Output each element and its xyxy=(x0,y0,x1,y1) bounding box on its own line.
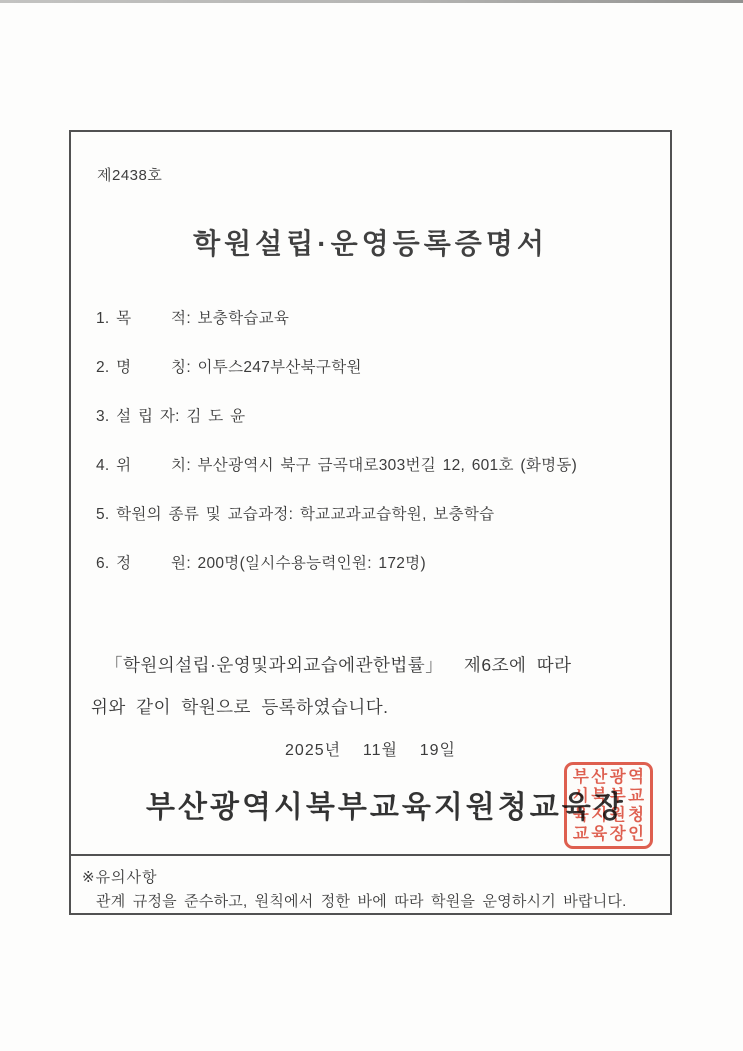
scanned-certificate-page: { "certificate": { "doc_number": "제2438호… xyxy=(0,0,743,1051)
certificate-items: 1. 목 적: 보충학습교육 2. 명 칭: 이투스247부산북구학원 3. 설… xyxy=(96,308,655,602)
statement-line-1: 「학원의설립·운영및과외교습에관한법률」 제6조에 따라 xyxy=(91,644,642,686)
seal-text-row: 부산광역 xyxy=(570,768,646,787)
item-purpose: 1. 목 적: 보충학습교육 xyxy=(96,308,655,330)
document-number: 제2438호 xyxy=(97,164,162,185)
seal-text-row: 시북부교 xyxy=(570,787,646,806)
item-capacity: 6. 정 원: 200명(일시수용능력인원: 172명) xyxy=(96,553,655,575)
item-name: 2. 명 칭: 이투스247부산북구학원 xyxy=(96,357,655,379)
statement-line-2: 위와 같이 학원으로 등록하였습니다. xyxy=(91,686,642,728)
scan-artifact-top-edge xyxy=(0,0,743,3)
seal-text-row: 교육장인 xyxy=(570,825,646,844)
notice-heading: ※유의사항 xyxy=(82,866,158,887)
official-red-seal: 부산광역 시북부교 육지원청 교육장인 xyxy=(564,762,653,849)
issuer-name: 부산광역시북부교육지원청교육장 xyxy=(146,782,626,826)
seal-text-row: 육지원청 xyxy=(570,806,646,825)
certificate-title: 학원설립·운영등록증명서 xyxy=(71,222,670,262)
item-founder: 3. 설 립 자: 김 도 윤 xyxy=(96,406,655,428)
issue-date: 2025년 11월 19일 xyxy=(71,737,670,760)
notice-body: 관계 규정을 준수하고, 원칙에서 정한 바에 따라 학원을 운영하시기 바랍니… xyxy=(96,890,662,911)
item-location: 4. 위 치: 부산광역시 북구 금곡대로303번길 12, 601호 (화명동… xyxy=(96,455,655,477)
notice-divider-line xyxy=(71,854,670,856)
registration-statement: 「학원의설립·운영및과외교습에관한법률」 제6조에 따라 위와 같이 학원으로 … xyxy=(91,644,642,728)
certificate-border-box: 제2438호 학원설립·운영등록증명서 1. 목 적: 보충학습교육 2. 명 … xyxy=(69,130,672,915)
item-category: 5. 학원의 종류 및 교습과정: 학교교과교습학원, 보충학습 xyxy=(96,504,655,526)
